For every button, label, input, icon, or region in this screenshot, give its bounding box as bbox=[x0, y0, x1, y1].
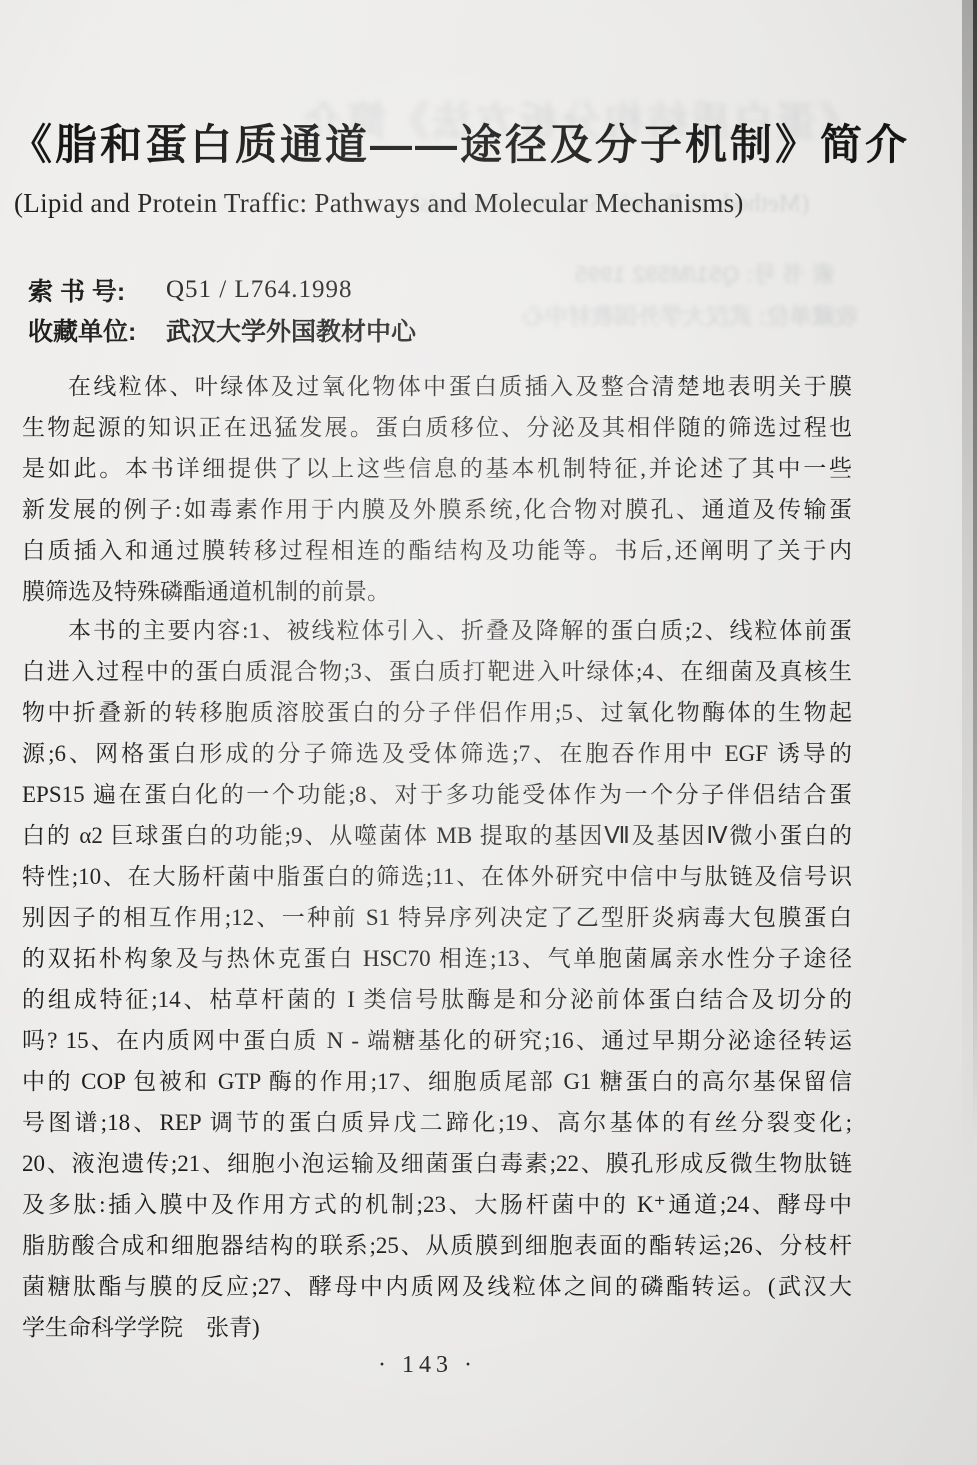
body-text-line: 本书的主要内容:1、被线粒体引入、折叠及降解的蛋白质;2、线粒体前蛋 bbox=[22, 610, 852, 651]
page-number: · 143 · bbox=[0, 1352, 855, 1379]
body-text-line: 白质插入和通过膜转移过程相连的酯结构及功能等。书后,还阐明了关于内 bbox=[22, 530, 852, 571]
book-title-english: (Lipid and Protein Traffic: Pathways and… bbox=[14, 188, 744, 219]
body-text-line: 及多肽:插入膜中及作用方式的机制;23、大肠杆菌中的 K⁺通道;24、酵母中 bbox=[22, 1184, 852, 1225]
call-number-label: 索 书 号: bbox=[28, 272, 156, 308]
bleed-through-call-number: 索 书 号: Q51/M592 1995 bbox=[470, 256, 940, 289]
catalog-info-block: 索 书 号: Q51 / L764.1998 收藏单位: 武汉大学外国教材中心 bbox=[28, 270, 416, 350]
body-text-line: 吗? 15、在内质网中蛋白质 N - 端糖基化的研究;16、通过早期分泌途径转运 bbox=[22, 1020, 852, 1061]
call-number-value: Q51 / L764.1998 bbox=[166, 276, 353, 304]
body-text-line: 的组成特征;14、枯草杆菌的 I 类信号肽酶是和分泌前体蛋白结合及切分的 bbox=[22, 979, 852, 1020]
holder-value: 武汉大学外国教材中心 bbox=[166, 312, 416, 348]
body-text-line: EPS15 遍在蛋白化的一个功能;8、对于多功能受体作为一个分子伴侣结合蛋 bbox=[22, 774, 852, 815]
body-text-line: 的双拓朴构象及与热休克蛋白 HSC70 相连;13、气单胞菌属亲水性分子途径 bbox=[22, 938, 852, 979]
contents-paragraph: 本书的主要内容:1、被线粒体引入、折叠及降解的蛋白质;2、线粒体前蛋白进入过程中… bbox=[22, 610, 852, 1348]
body-text-line: 是如此。本书详细提供了以上这些信息的基本机制特征,并论述了其中一些 bbox=[22, 448, 852, 489]
body-text-line: 学生命科学学院 张青) bbox=[22, 1307, 852, 1348]
body-text-line: 白进入过程中的蛋白质混合物;3、蛋白质打靶进入叶绿体;4、在细菌及真核生 bbox=[22, 651, 852, 692]
body-text-line: 脂肪酸合成和细胞器结构的联系;25、从质膜到细胞表面的酯转运;26、分枝杆 bbox=[22, 1225, 852, 1266]
book-title: 《脂和蛋白质通道——途径及分子机制》简介 bbox=[10, 112, 910, 172]
body-text-line: 中的 COP 包被和 GTP 酶的作用;17、细胞质尾部 G1 糖蛋白的高尔基保… bbox=[22, 1061, 852, 1102]
body-text-line: 菌糖肽酯与膜的反应;27、酵母中内质网及线粒体之间的磷酯转运。(武汉大 bbox=[22, 1266, 852, 1307]
body-text-line: 新发展的例子:如毒素作用于内膜及外膜系统,化合物对膜孔、通道及传输蛋 bbox=[22, 489, 852, 530]
body-text-line: 在线粒体、叶绿体及过氧化物体中蛋白质插入及整合清楚地表明关于膜 bbox=[22, 366, 852, 407]
scanned-book-page: { "page": { "title": "《脂和蛋白质通道——途径及分子机制》… bbox=[0, 0, 977, 1465]
holder-row: 收藏单位: 武汉大学外国教材中心 bbox=[28, 310, 416, 350]
holder-label: 收藏单位: bbox=[28, 312, 156, 348]
body-text-line: 特性;10、在大肠杆菌中脂蛋白的筛选;11、在体外研究中信中与肽链及信号识 bbox=[22, 856, 852, 897]
call-number-row: 索 书 号: Q51 / L764.1998 bbox=[28, 270, 416, 310]
intro-paragraph: 在线粒体、叶绿体及过氧化物体中蛋白质插入及整合清楚地表明关于膜生物起源的知识正在… bbox=[22, 366, 852, 612]
page-edge-line bbox=[973, 0, 977, 1140]
body-text-line: 别因子的相互作用;12、一种前 S1 特异序列决定了乙型肝炎病毒大包膜蛋白 bbox=[22, 897, 852, 938]
body-text-line: 白的 α2 巨球蛋白的功能;9、从噬菌体 MB 提取的基因Ⅶ及基因Ⅳ微小蛋白的 bbox=[22, 815, 852, 856]
bleed-through-holder: 收藏单位: 武汉大学外国教材中心 bbox=[440, 298, 940, 331]
body-text-line: 物中折叠新的转移胞质溶胶蛋白的分子伴侣作用;5、过氧化物酶体的生物起 bbox=[22, 692, 852, 733]
body-text-line: 20、液泡遗传;21、细胞小泡运输及细菌蛋白毒素;22、膜孔形成反微生物肽链 bbox=[22, 1143, 852, 1184]
body-text-line: 膜筛选及特殊磷酯通道机制的前景。 bbox=[22, 571, 852, 612]
body-text-line: 源;6、网格蛋白形成的分子筛选及受体筛选;7、在胞吞作用中 EGF 诱导的 bbox=[22, 733, 852, 774]
body-text-line: 号图谱;18、REP 调节的蛋白质异戊二蹄化;19、高尔基体的有丝分裂变化; bbox=[22, 1102, 852, 1143]
body-text-line: 生物起源的知识正在迅猛发展。蛋白质移位、分泌及其相伴随的筛选过程也 bbox=[22, 407, 852, 448]
